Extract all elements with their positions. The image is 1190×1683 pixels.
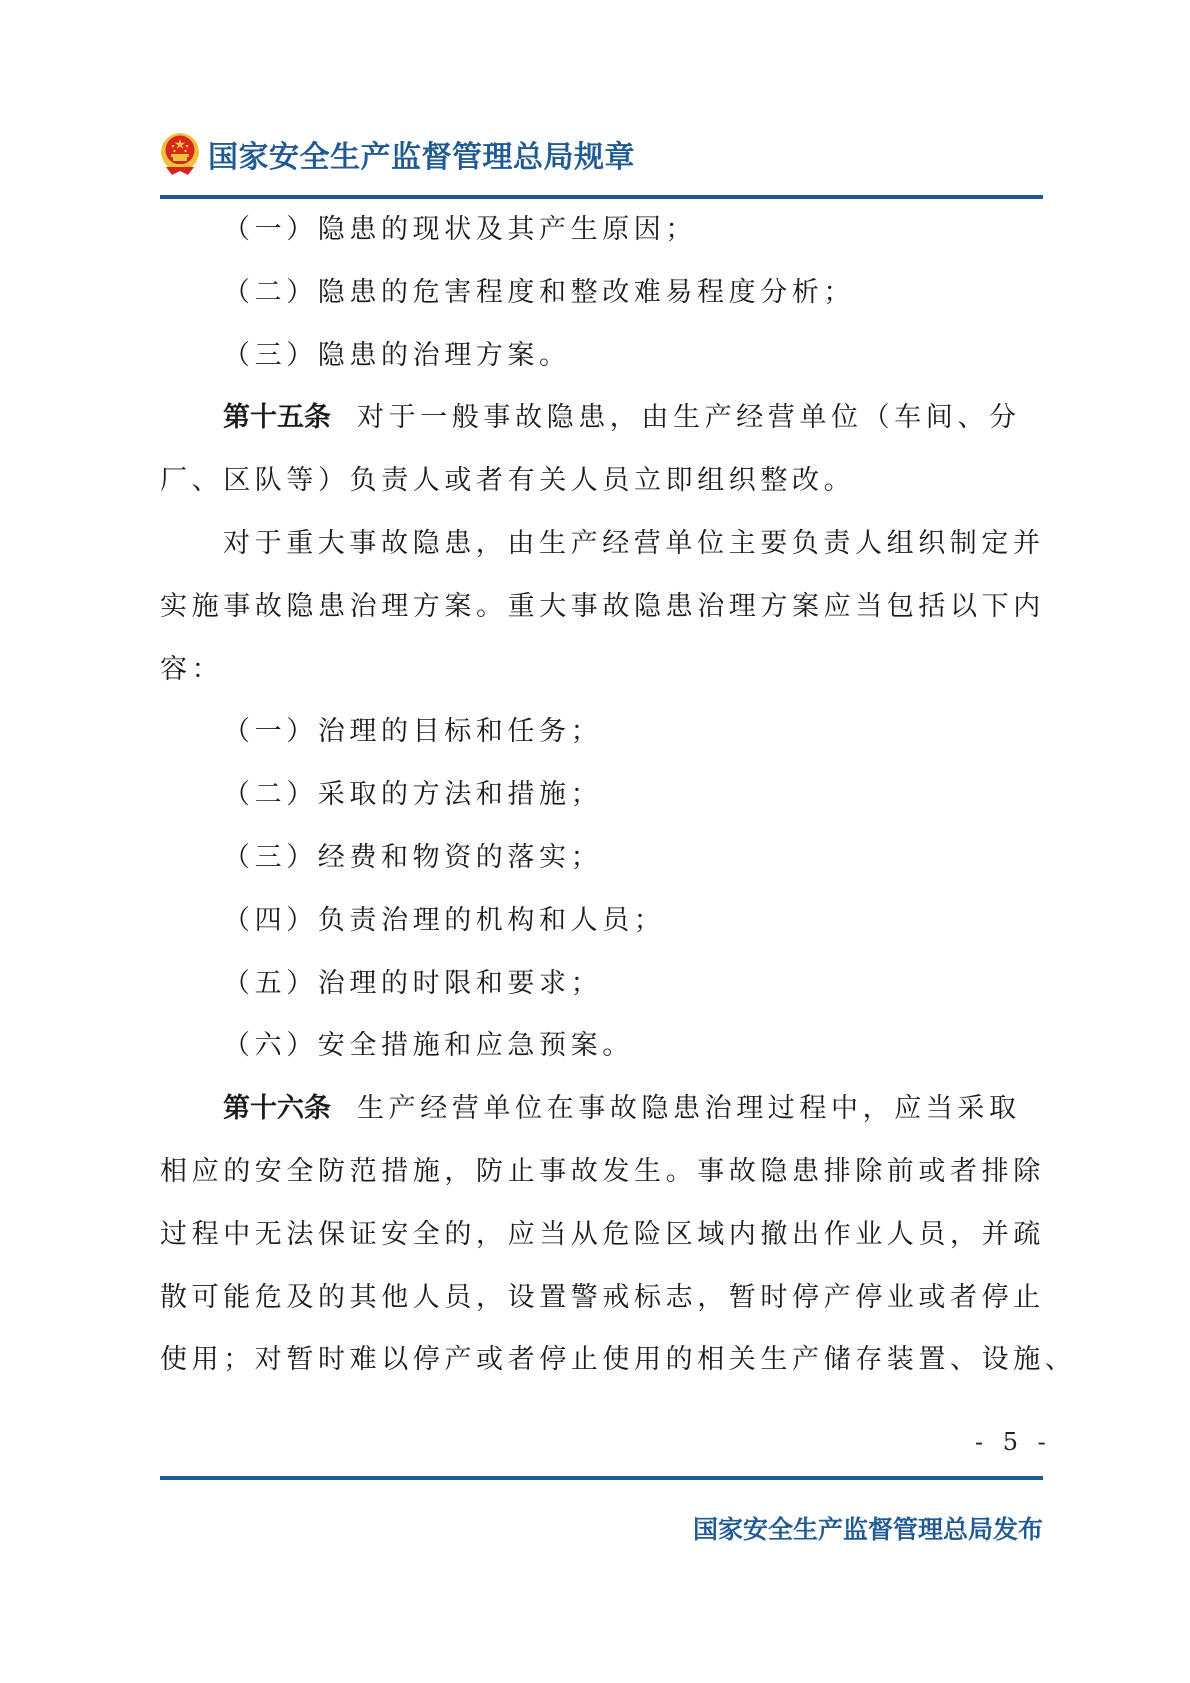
national-emblem-icon [160, 131, 200, 177]
paragraph-line: （四）负责治理的机构和人员； [160, 890, 1044, 953]
line-text: 对于重大事故隐患，由生产经营单位主要负责人组织制定并 [223, 528, 1045, 559]
line-text: （三）隐患的治理方案。 [223, 340, 571, 371]
paragraph-line: 厂、区队等）负责人或者有关人员立即组织整改。 [160, 450, 1044, 513]
line-text: （五）治理的时限和要求； [223, 968, 602, 999]
line-text: 实施事故隐患治理方案。重大事故隐患治理方案应当包括以下内 [160, 591, 1045, 622]
line-text: 对于一般事故隐患，由生产经营单位（车间、分 [357, 402, 1021, 433]
article-paragraph-line: 第十六条生产经营单位在事故隐患治理过程中，应当采取 [160, 1078, 1044, 1141]
paragraph-line: （一）隐患的现状及其产生原因； [160, 199, 1044, 262]
paragraph-line: （五）治理的时限和要求； [160, 953, 1044, 1016]
paragraph-line: （二）隐患的危害程度和整改难易程度分析； [160, 262, 1044, 325]
paragraph-line: （三）隐患的治理方案。 [160, 325, 1044, 388]
line-text: （二）隐患的危害程度和整改难易程度分析； [223, 277, 855, 308]
line-text: （三）经费和物资的落实； [223, 842, 602, 873]
line-text: 容： [160, 654, 223, 685]
article-number: 第十五条 [223, 402, 331, 433]
paragraph-line: 实施事故隐患治理方案。重大事故隐患治理方案应当包括以下内 [160, 576, 1044, 639]
line-text: （二）采取的方法和措施； [223, 779, 602, 810]
line-text: 厂、区队等）负责人或者有关人员立即组织整改。 [160, 465, 855, 496]
line-text: 散可能危及的其他人员，设置警戒标志，暂时停产停业或者停止 [160, 1282, 1045, 1313]
paragraph-line: 相应的安全防范措施，防止事故发生。事故隐患排除前或者排除 [160, 1141, 1044, 1204]
paragraph-line: （二）采取的方法和措施； [160, 764, 1044, 827]
line-text: （四）负责治理的机构和人员； [223, 905, 665, 936]
paragraph-line: （一）治理的目标和任务； [160, 701, 1044, 764]
page-number: - 5 - [975, 1428, 1052, 1456]
paragraph-line: 对于重大事故隐患，由生产经营单位主要负责人组织制定并 [160, 513, 1044, 576]
line-text: 相应的安全防范措施，防止事故发生。事故隐患排除前或者排除 [160, 1156, 1045, 1187]
line-text: 使用；对暂时难以停产或者停止使用的相关生产储存装置、设施、 [160, 1344, 1076, 1375]
line-text: 生产经营单位在事故隐患治理过程中，应当采取 [357, 1093, 1021, 1124]
line-text: （一）隐患的现状及其产生原因； [223, 214, 697, 245]
line-text: （一）治理的目标和任务； [223, 716, 602, 747]
paragraph-line: （六）安全措施和应急预案。 [160, 1015, 1044, 1078]
line-text: 过程中无法保证安全的，应当从危险区域内撤出作业人员，并疏 [160, 1219, 1045, 1250]
paragraph-line: 过程中无法保证安全的，应当从危险区域内撤出作业人员，并疏 [160, 1204, 1044, 1267]
article-number: 第十六条 [223, 1093, 331, 1124]
line-text: （六）安全措施和应急预案。 [223, 1030, 634, 1061]
article-paragraph-line: 第十五条对于一般事故隐患，由生产经营单位（车间、分 [160, 387, 1044, 450]
document-body: （一）隐患的现状及其产生原因；（二）隐患的危害程度和整改难易程度分析；（三）隐患… [160, 199, 1044, 1392]
footer-publisher: 国家安全生产监督管理总局发布 [693, 1510, 1043, 1546]
paragraph-line: 使用；对暂时难以停产或者停止使用的相关生产储存装置、设施、 [160, 1329, 1044, 1392]
paragraph-line: （三）经费和物资的落实； [160, 827, 1044, 890]
paragraph-line: 散可能危及的其他人员，设置警戒标志，暂时停产停业或者停止 [160, 1267, 1044, 1330]
footer-divider [160, 1476, 1043, 1480]
paragraph-line: 容： [160, 639, 1044, 702]
page-header: 国家安全生产监督管理总局规章 [160, 128, 635, 180]
header-title: 国家安全生产监督管理总局规章 [208, 132, 635, 176]
